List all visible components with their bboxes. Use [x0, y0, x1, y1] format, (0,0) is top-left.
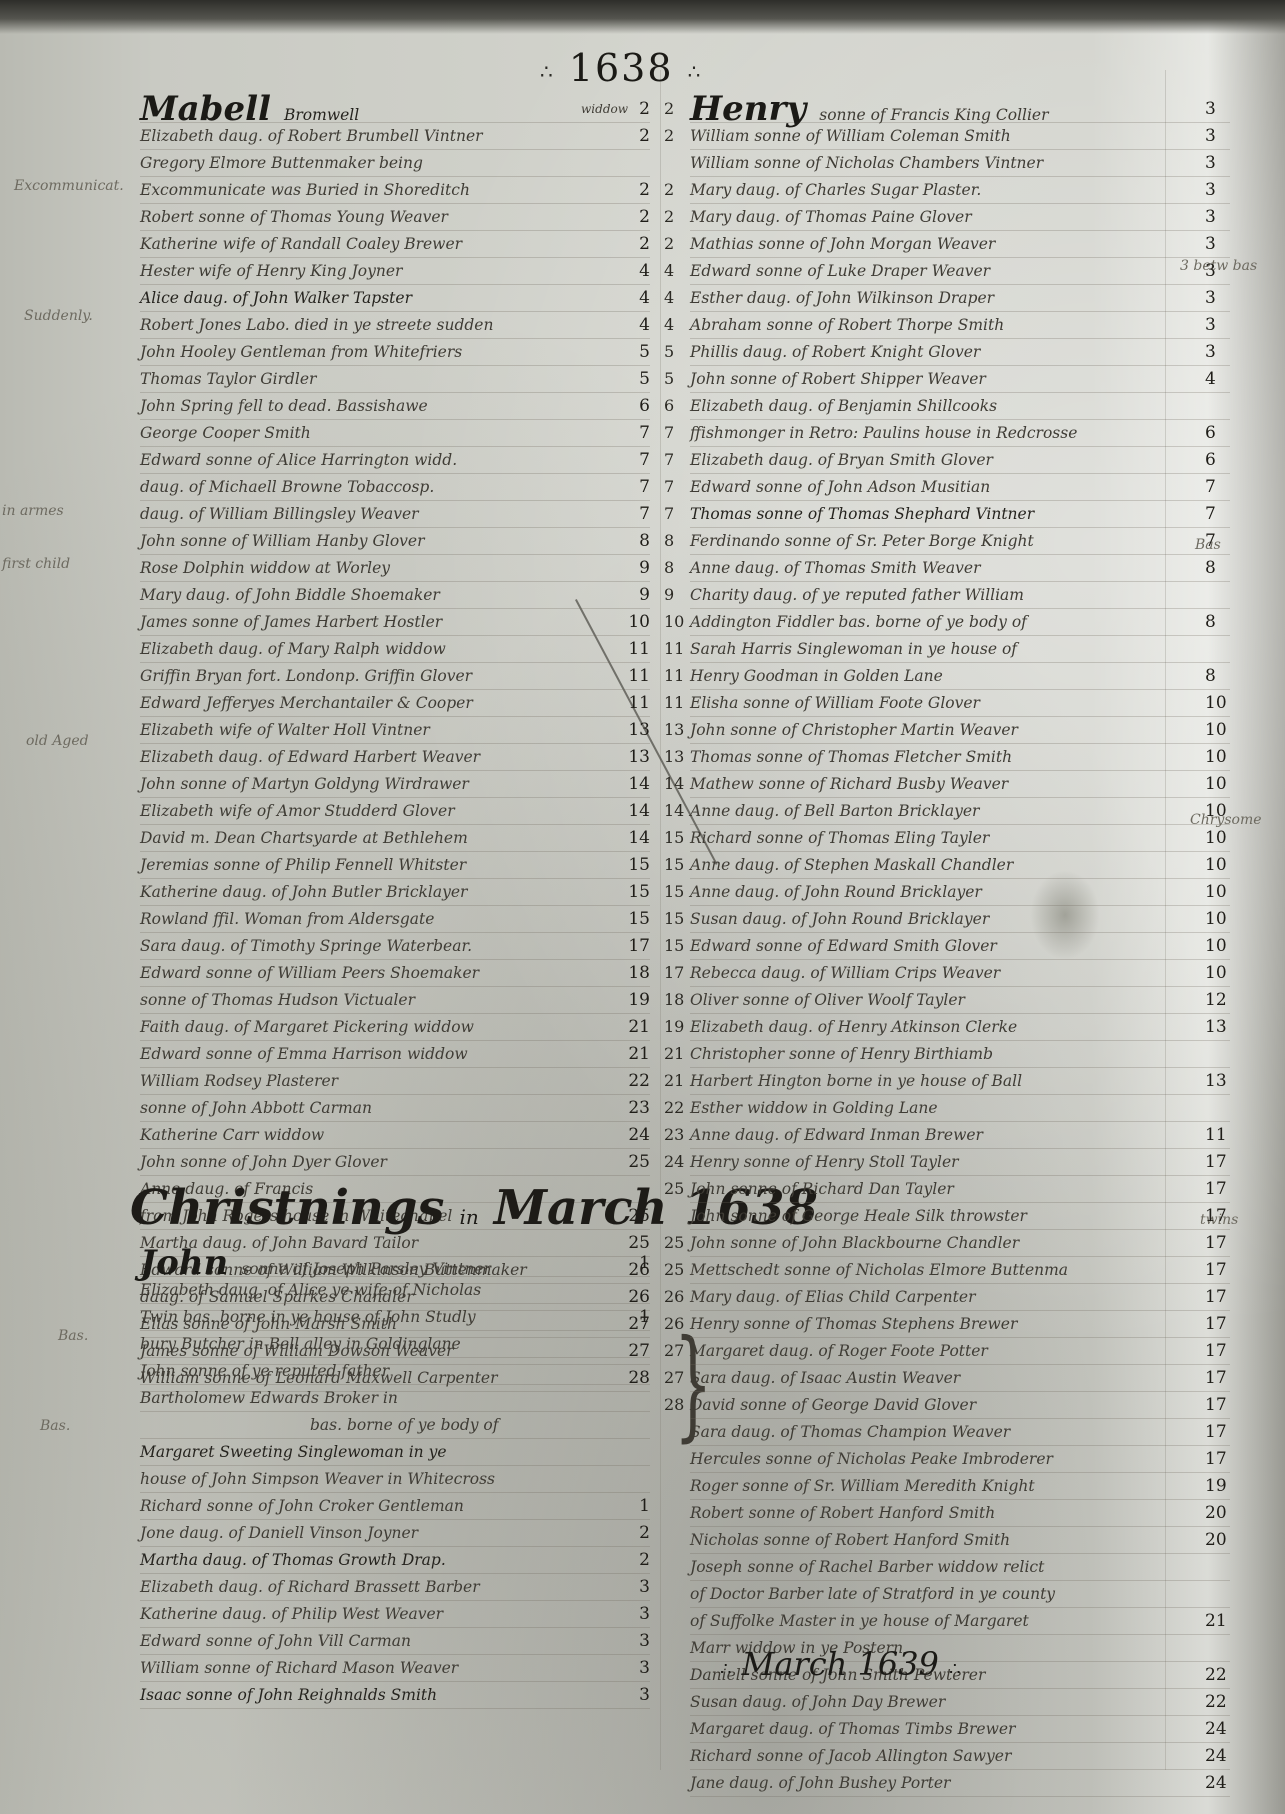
entry-day: 3	[639, 1601, 650, 1627]
register-entry: 13John sonne of Christopher Martin Weave…	[690, 717, 1230, 744]
entry-day: 7	[639, 420, 650, 446]
entry-day: 17	[1205, 1311, 1227, 1337]
register-entry: Twin bas. borne in ye house of John Stud…	[140, 1304, 650, 1331]
entry-day: 10	[1205, 744, 1227, 770]
register-entry: sonne of Thomas Hudson Victualer19	[140, 987, 650, 1014]
register-entry: Gregory Elmore Buttenmaker being	[140, 150, 650, 177]
register-entry: 25John sonne of Richard Dan Tayler17	[690, 1176, 1230, 1203]
entry-day: 21	[628, 1041, 650, 1067]
entry-day: 6	[1205, 447, 1216, 473]
entry-day: 14	[628, 798, 650, 824]
margin-note-suddenly: Suddenly.	[24, 308, 93, 324]
entry-day: 10	[1205, 690, 1227, 716]
entry-day: 5	[639, 339, 650, 365]
entry-day: 3	[639, 1628, 650, 1654]
entry-day: 17	[1205, 1176, 1227, 1202]
register-entry: 22Esther widdow in Golding Lane	[690, 1095, 1230, 1122]
entry-day: 17	[1205, 1419, 1227, 1445]
entry-day: 10	[1205, 879, 1227, 905]
entry-day: 3	[1205, 177, 1216, 203]
entry-day: 3	[639, 1682, 650, 1708]
register-entry: 13Thomas sonne of Thomas Fletcher Smith1…	[690, 744, 1230, 771]
register-entry: 26Henry sonne of Thomas Stephens Brewer1…	[690, 1311, 1230, 1338]
register-entry: 25Mettschedt sonne of Nicholas Elmore Bu…	[690, 1257, 1230, 1284]
entry-day: 9	[639, 555, 650, 581]
register-entry: Katherine daug. of Philip West Weaver3	[140, 1601, 650, 1628]
register-entry: bas. borne of ye body of	[140, 1412, 650, 1439]
entry-day: 4	[639, 312, 650, 338]
entry-day: 22	[1205, 1689, 1227, 1715]
entry-day: 1	[639, 1493, 650, 1519]
entry-day: 17	[1205, 1338, 1227, 1364]
christenings-left-column: John sonne of Joseph Parsley Vintner 1 E…	[140, 1250, 650, 1709]
entry-day: 3	[1205, 123, 1216, 149]
register-entry: of Doctor Barber late of Stratford in ye…	[690, 1581, 1230, 1608]
register-entry: Nicholas sonne of Robert Hanford Smith20	[690, 1527, 1230, 1554]
entry-day: 7	[1205, 528, 1216, 554]
register-entry: Martha daug. of Thomas Growth Drap.2	[140, 1547, 650, 1574]
entry-day: 25	[628, 1149, 650, 1175]
entry-day: 11	[628, 636, 650, 662]
register-entry: 19Elizabeth daug. of Henry Atkinson Cler…	[690, 1014, 1230, 1041]
register-entry: 14Mathew sonne of Richard Busby Weaver10	[690, 771, 1230, 798]
footer-date: ∴ March 1639 ∴	[720, 1645, 961, 1683]
register-entry: 2 Henry sonne of Francis King Collier 3	[690, 96, 1230, 123]
entry-day: 3	[1205, 96, 1216, 122]
register-entry: William sonne of Nicholas Chambers Vintn…	[690, 150, 1230, 177]
entry-day: 17	[1205, 1284, 1227, 1310]
register-entry: 26Mary daug. of Elias Child Carpenter17	[690, 1284, 1230, 1311]
register-entry: sonne of John Abbott Carman23	[140, 1095, 650, 1122]
page-header-year: ∴ 1638 ∴	[540, 46, 702, 90]
entry-day: 13	[628, 717, 650, 743]
entry-day: 17	[1205, 1446, 1227, 1472]
register-entry: daug. of Michaell Browne Tobaccosp.7	[140, 474, 650, 501]
entry-day: 9	[639, 582, 650, 608]
register-entry: Elizabeth daug. of Alice ye wife of Nich…	[140, 1277, 650, 1304]
register-entry: 6Elizabeth daug. of Benjamin Shillcooks	[690, 393, 1230, 420]
register-entry: Robert sonne of Robert Hanford Smith20	[690, 1500, 1230, 1527]
entry-day: 10	[1205, 798, 1227, 824]
entry-day: 3	[1205, 312, 1216, 338]
register-entry: 21Harbert Hington borne in ye house of B…	[690, 1068, 1230, 1095]
register-entry: 10Addington Fiddler bas. borne of ye bod…	[690, 609, 1230, 636]
entry-day: 17	[1205, 1257, 1227, 1283]
entry-day: 8	[1205, 555, 1216, 581]
register-entry: Mabell Bromwell widdow 2	[140, 96, 650, 123]
register-entry: Elizabeth daug. of Edward Harbert Weaver…	[140, 744, 650, 771]
entry-day: 8	[1205, 609, 1216, 635]
entry-day: 2	[639, 177, 650, 203]
register-entry: 14Anne daug. of Bell Barton Bricklayer10	[690, 798, 1230, 825]
register-entry: 15Anne daug. of John Round Bricklayer10	[690, 879, 1230, 906]
register-entry: Sara daug. of Timothy Springe Waterbear.…	[140, 933, 650, 960]
register-entry: 11Sarah Harris Singlewoman in ye house o…	[690, 636, 1230, 663]
margin-note-in-armes: in armes	[2, 503, 64, 519]
register-entry: 25John sonne of John Blackbourne Chandle…	[690, 1230, 1230, 1257]
register-entry: Edward Jefferyes Merchantailer & Cooper1…	[140, 690, 650, 717]
entry-day: 17	[1205, 1203, 1227, 1229]
entry-day: 4	[1205, 366, 1216, 392]
entry-day: 1	[639, 1304, 650, 1330]
register-entry: John sonne of William Hanby Glover8	[140, 528, 650, 555]
register-entry: 4Esther daug. of John Wilkinson Draper3	[690, 285, 1230, 312]
register-entry: daug. of William Billingsley Weaver7	[140, 501, 650, 528]
register-entry: 15Susan daug. of John Round Bricklayer10	[690, 906, 1230, 933]
entry-day: 11	[628, 690, 650, 716]
entry-day: 10	[1205, 771, 1227, 797]
register-entry: Isaac sonne of John Reighnalds Smith3	[140, 1682, 650, 1709]
entry-day: 20	[1205, 1500, 1227, 1526]
register-entry: Joseph sonne of Rachel Barber widdow rel…	[690, 1554, 1230, 1581]
entry-day: 7	[1205, 474, 1216, 500]
entry-day: 10	[1205, 933, 1227, 959]
register-entry: Elizabeth wife of Amor Studderd Glover14	[140, 798, 650, 825]
entry-day: 11	[628, 663, 650, 689]
register-entry: 7Elizabeth daug. of Bryan Smith Glover6	[690, 447, 1230, 474]
entry-day: 19	[1205, 1473, 1227, 1499]
entry-day: 2	[639, 204, 650, 230]
margin-note-first-child: first child	[2, 556, 70, 572]
register-entry: 17Rebecca daug. of William Crips Weaver1…	[690, 960, 1230, 987]
register-entry: 2Mary daug. of Charles Sugar Plaster.3	[690, 177, 1230, 204]
entry-day: 21	[628, 1014, 650, 1040]
entry-day: 17	[1205, 1149, 1227, 1175]
register-entry: 27Margaret daug. of Roger Foote Potter17	[690, 1338, 1230, 1365]
register-entry: 2Mathias sonne of John Morgan Weaver3	[690, 231, 1230, 258]
entry-day: 3	[639, 1655, 650, 1681]
entry-day: 14	[628, 825, 650, 851]
entry-day: 2	[639, 1547, 650, 1573]
register-entry: Hester wife of Henry King Joyner4	[140, 258, 650, 285]
register-entry: 7ffishmonger in Retro: Paulins house in …	[690, 420, 1230, 447]
register-entry: 8Anne daug. of Thomas Smith Weaver8	[690, 555, 1230, 582]
register-entry: 27Sara daug. of Isaac Austin Weaver17	[690, 1365, 1230, 1392]
entry-day: 24	[1205, 1716, 1227, 1742]
register-entry: John Spring fell to dead. Bassishawe6	[140, 393, 650, 420]
register-entry: 28David sonne of George David Glover17	[690, 1392, 1230, 1419]
entry-day: 1	[639, 1250, 650, 1276]
entry-day: 23	[628, 1095, 650, 1121]
ornament-left: ∴	[540, 60, 555, 84]
register-entry: Edward sonne of William Peers Shoemaker1…	[140, 960, 650, 987]
register-entry: Katherine wife of Randall Coaley Brewer2	[140, 231, 650, 258]
register-entry: John Hooley Gentleman from Whitefriers5	[140, 339, 650, 366]
entry-day: 13	[628, 744, 650, 770]
entry-day: 4	[639, 285, 650, 311]
entry-day: 3	[1205, 285, 1216, 311]
register-entry: John sonne of George Heale Silk throwste…	[690, 1203, 1230, 1230]
register-entry: Jone daug. of Daniell Vinson Joyner2	[140, 1520, 650, 1547]
year-label: 1638	[569, 46, 674, 90]
entry-day: 22	[1205, 1662, 1227, 1688]
register-entry: 15Richard sonne of Thomas Eling Tayler10	[690, 825, 1230, 852]
register-entry: Jeremias sonne of Philip Fennell Whitste…	[140, 852, 650, 879]
entry-day: 20	[1205, 1527, 1227, 1553]
margin-note-bas-left-1: Bas.	[58, 1328, 88, 1344]
register-entry: William sonne of Richard Mason Weaver3	[140, 1655, 650, 1682]
entry-day: 17	[628, 933, 650, 959]
register-entry: Edward sonne of Alice Harrington widd.7	[140, 447, 650, 474]
entry-day: 17	[1205, 1392, 1227, 1418]
register-entry: Margaret daug. of Thomas Timbs Brewer24	[690, 1716, 1230, 1743]
ornament-right: ∴	[688, 60, 703, 84]
entry-day: 12	[1205, 987, 1227, 1013]
entry-day: 2	[639, 231, 650, 257]
register-entry: 11Henry Goodman in Golden Lane8	[690, 663, 1230, 690]
entry-day: 2	[639, 96, 650, 122]
entry-day: 24	[1205, 1770, 1227, 1796]
entry-day: 7	[639, 501, 650, 527]
entry-day: 10	[1205, 906, 1227, 932]
entry-day: 19	[628, 987, 650, 1013]
register-entry: Robert Jones Labo. died in ye streete su…	[140, 312, 650, 339]
register-entry: 21Christopher sonne of Henry Birthiamb	[690, 1041, 1230, 1068]
entry-day: 3	[1205, 204, 1216, 230]
entry-day: 3	[1205, 150, 1216, 176]
entry-day: 2	[639, 123, 650, 149]
register-entry: Margaret Sweeting Singlewoman in ye	[140, 1439, 650, 1466]
register-entry: Robert sonne of Thomas Young Weaver2	[140, 204, 650, 231]
register-entry: 7Edward sonne of John Adson Musitian7	[690, 474, 1230, 501]
entry-day: 24	[1205, 1743, 1227, 1769]
entry-day: 15	[628, 906, 650, 932]
entry-day: 22	[628, 1068, 650, 1094]
register-entry: John sonne of ye reputed father	[140, 1358, 650, 1385]
register-page: ∴ 1638 ∴ Excommunicat. Suddenly. in arme…	[0, 0, 1285, 1814]
register-entry: 24Henry sonne of Henry Stoll Tayler17	[690, 1149, 1230, 1176]
register-entry: bury Butcher in Bell alley in Goldinglan…	[140, 1331, 650, 1358]
register-entry: 5Phillis daug. of Robert Knight Glover3	[690, 339, 1230, 366]
register-entry: Katherine daug. of John Butler Bricklaye…	[140, 879, 650, 906]
register-entry: Hercules sonne of Nicholas Peake Imbrode…	[690, 1446, 1230, 1473]
register-entry: John sonne of John Dyer Glover25	[140, 1149, 650, 1176]
entry-day: 10	[1205, 852, 1227, 878]
register-entry: Thomas Taylor Girdler5	[140, 366, 650, 393]
entry-day: 21	[1205, 1608, 1227, 1634]
register-entry: John sonne of Martyn Goldyng Wirdrawer14	[140, 771, 650, 798]
entry-day: 24	[628, 1122, 650, 1148]
register-entry: Edward sonne of John Vill Carman3	[140, 1628, 650, 1655]
entry-day: 8	[639, 528, 650, 554]
entry-day: 10	[628, 609, 650, 635]
register-entry: 18Oliver sonne of Oliver Woolf Tayler12	[690, 987, 1230, 1014]
register-entry: Roger sonne of Sr. William Meredith Knig…	[690, 1473, 1230, 1500]
entry-left-day: 2	[664, 96, 674, 122]
register-entry: of Suffolke Master in ye house of Margar…	[690, 1608, 1230, 1635]
entry-day: 14	[628, 771, 650, 797]
entry-day: 18	[628, 960, 650, 986]
register-entry: Richard sonne of Jacob Allington Sawyer2…	[690, 1743, 1230, 1770]
register-entry: Richard sonne of John Croker Gentleman1	[140, 1493, 650, 1520]
entry-day: 6	[639, 393, 650, 419]
entry-day: 17	[1205, 1365, 1227, 1391]
register-entry: 15Edward sonne of Edward Smith Glover10	[690, 933, 1230, 960]
register-entry: Elizabeth daug. of Richard Brassett Barb…	[140, 1574, 650, 1601]
entry-day: 2	[639, 1520, 650, 1546]
entry-day: 15	[628, 852, 650, 878]
register-entry: 2Mary daug. of Thomas Paine Glover3	[690, 204, 1230, 231]
entry-day: 10	[1205, 825, 1227, 851]
footer-date-label: March 1639	[742, 1645, 939, 1683]
register-entry: Excommunicate was Buried in Shoreditch2	[140, 177, 650, 204]
entry-day: 10	[1205, 960, 1227, 986]
register-entry: 11Elisha sonne of William Foote Glover10	[690, 690, 1230, 717]
entry-day: 3	[1205, 258, 1216, 284]
column-divider	[660, 70, 661, 1770]
register-entry: Katherine Carr widdow24	[140, 1122, 650, 1149]
entry-day: 17	[1205, 1230, 1227, 1256]
margin-note-bas-left-2: Bas.	[40, 1418, 70, 1434]
margin-note-old-age: old Aged	[26, 733, 89, 749]
register-entry: 4Abraham sonne of Robert Thorpe Smith3	[690, 312, 1230, 339]
register-entry: David m. Dean Chartsyarde at Bethlehem14	[140, 825, 650, 852]
entry-day: 15	[628, 879, 650, 905]
entry-day: 7	[639, 447, 650, 473]
register-entry: Faith daug. of Margaret Pickering widdow…	[140, 1014, 650, 1041]
entry-day: 13	[1205, 1068, 1227, 1094]
register-entry: Mary daug. of John Biddle Shoemaker9	[140, 582, 650, 609]
register-entry: Edward sonne of Emma Harrison widdow21	[140, 1041, 650, 1068]
register-entry: Elizabeth daug. of Mary Ralph widdow11	[140, 636, 650, 663]
register-entry: Sara daug. of Thomas Champion Weaver17	[690, 1419, 1230, 1446]
margin-note-excommunicate: Excommunicat.	[14, 178, 124, 194]
entry-day: 13	[1205, 1014, 1227, 1040]
register-entry: Griffin Bryan fort. Londonp. Griffin Glo…	[140, 663, 650, 690]
register-entry: 2William sonne of William Coleman Smith3	[690, 123, 1230, 150]
register-entry: 15Anne daug. of Stephen Maskall Chandler…	[690, 852, 1230, 879]
binding-shadow	[0, 0, 1285, 34]
entry-day: 3	[1205, 339, 1216, 365]
entry-day: 5	[639, 366, 650, 392]
entry-day: 8	[1205, 663, 1216, 689]
register-entry: Susan daug. of John Day Brewer22	[690, 1689, 1230, 1716]
entry-day: 3	[639, 1574, 650, 1600]
burials-right-column: 2 Henry sonne of Francis King Collier 3 …	[690, 96, 1230, 1797]
register-entry: Jane daug. of John Bushey Porter24	[690, 1770, 1230, 1797]
entry-day: 3	[1205, 231, 1216, 257]
entry-day: 11	[1205, 1122, 1227, 1148]
register-entry: William Rodsey Plasterer22	[140, 1068, 650, 1095]
register-entry: 8Ferdinando sonne of Sr. Peter Borge Kni…	[690, 528, 1230, 555]
register-entry: 9Charity daug. of ye reputed father Will…	[690, 582, 1230, 609]
register-entry: George Cooper Smith7	[140, 420, 650, 447]
entry-day: 6	[1205, 420, 1216, 446]
entry-day: 7	[1205, 501, 1216, 527]
entry-day: 10	[1205, 717, 1227, 743]
register-entry: Rowland ffil. Woman from Aldersgate15	[140, 906, 650, 933]
entry-day: 7	[639, 474, 650, 500]
register-entry: Alice daug. of John Walker Tapster4	[140, 285, 650, 312]
register-entry: 7Thomas sonne of Thomas Shephard Vintner…	[690, 501, 1230, 528]
register-entry: Bartholomew Edwards Broker in	[140, 1385, 650, 1412]
register-entry: house of John Simpson Weaver in Whitecro…	[140, 1466, 650, 1493]
register-entry: James sonne of James Harbert Hostler10	[140, 609, 650, 636]
register-entry: Elizabeth daug. of Robert Brumbell Vintn…	[140, 123, 650, 150]
register-entry: 23Anne daug. of Edward Inman Brewer11	[690, 1122, 1230, 1149]
register-entry: Rose Dolphin widdow at Worley9	[140, 555, 650, 582]
register-entry: Elizabeth wife of Walter Holl Vintner13	[140, 717, 650, 744]
register-entry: 5John sonne of Robert Shipper Weaver4	[690, 366, 1230, 393]
register-entry: 4Edward sonne of Luke Draper Weaver3	[690, 258, 1230, 285]
entry-day: 4	[639, 258, 650, 284]
register-entry: John sonne of Joseph Parsley Vintner 1	[140, 1250, 650, 1277]
